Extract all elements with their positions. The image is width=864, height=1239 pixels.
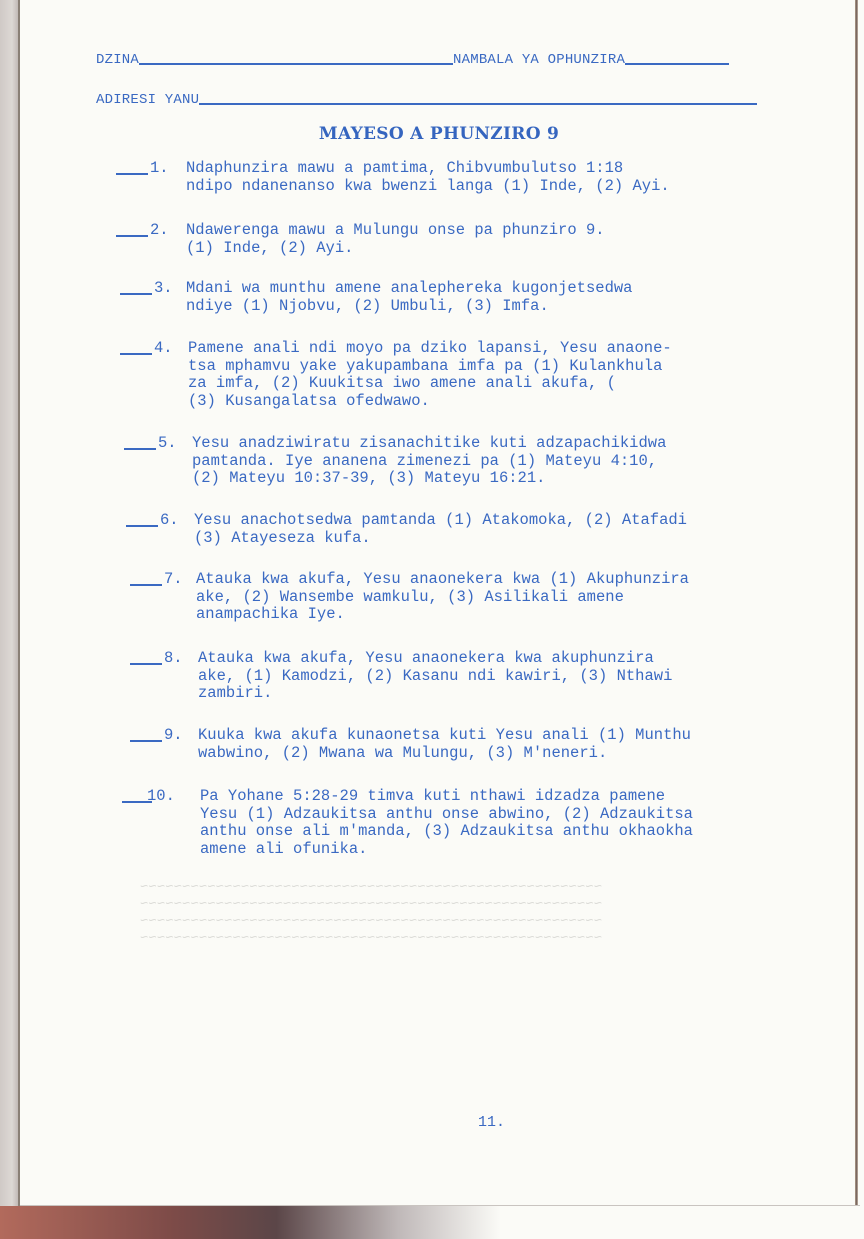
question-line: wabwino, (2) Mwana wa Mulungu, (3) M'nen… bbox=[198, 745, 691, 763]
question-line: Atauka kwa akufa, Yesu anaonekera kwa (1… bbox=[196, 571, 689, 589]
answer-blank[interactable] bbox=[124, 448, 156, 450]
question-text: Pa Yohane 5:28-29 timva kuti nthawi idza… bbox=[200, 788, 693, 858]
name-label: DZINA bbox=[96, 52, 139, 68]
question-number: 6. bbox=[160, 512, 179, 530]
question-line: (3) Atayeseza kufa. bbox=[194, 530, 687, 548]
question-line: (1) Inde, (2) Ayi. bbox=[186, 240, 605, 258]
question-text: Ndawerenga mawu a Mulungu onse pa phunzi… bbox=[186, 222, 605, 257]
answer-blank[interactable] bbox=[130, 663, 162, 665]
name-row: DZINANAMBALA YA OPHUNZIRA bbox=[96, 52, 729, 68]
answer-blank[interactable] bbox=[116, 235, 148, 237]
question-line: (2) Mateyu 10:37-39, (3) Mateyu 16:21. bbox=[192, 470, 666, 488]
question-line: Pamene anali ndi moyo pa dziko lapansi, … bbox=[188, 340, 672, 358]
question-text: Pamene anali ndi moyo pa dziko lapansi, … bbox=[188, 340, 672, 410]
question-number: 1. bbox=[150, 160, 169, 178]
question-text: Yesu anadziwiratu zisanachitike kuti adz… bbox=[192, 435, 666, 488]
question-line: Ndawerenga mawu a Mulungu onse pa phunzi… bbox=[186, 222, 605, 240]
scan-bottom-shadow bbox=[0, 1206, 864, 1239]
question-line: Yesu anachotsedwa pamtanda (1) Atakomoka… bbox=[194, 512, 687, 530]
student-number-field[interactable] bbox=[625, 63, 729, 65]
question-number: 10. bbox=[147, 788, 175, 806]
page-number: 11. bbox=[478, 1114, 505, 1131]
question-text: Yesu anachotsedwa pamtanda (1) Atakomoka… bbox=[194, 512, 687, 547]
question-number: 7. bbox=[164, 571, 183, 589]
answer-blank[interactable] bbox=[126, 525, 158, 527]
question-line: Ndaphunzira mawu a pamtima, Chibvumbulut… bbox=[186, 160, 670, 178]
question-line: anthu onse ali m'manda, (3) Adzaukitsa a… bbox=[200, 823, 693, 841]
worksheet-page: ~~~~~~~~~~~~~~~~~~~~~~~~~~~~~~~~~~~~~~~~… bbox=[20, 0, 858, 1205]
address-row: ADIRESI YANU bbox=[96, 92, 757, 108]
question-line: Mdani wa munthu amene analephereka kugon… bbox=[186, 280, 632, 298]
question-line: anampachika Iye. bbox=[196, 606, 689, 624]
question-line: zambiri. bbox=[198, 685, 672, 703]
answer-blank[interactable] bbox=[120, 293, 152, 295]
question-line: Yesu anadziwiratu zisanachitike kuti adz… bbox=[192, 435, 666, 453]
question-number: 4. bbox=[154, 340, 173, 358]
question-text: Atauka kwa akufa, Yesu anaonekera kwa ak… bbox=[198, 650, 672, 703]
address-field[interactable] bbox=[199, 103, 757, 105]
page-title: MAYESO A PHUNZIRO 9 bbox=[20, 124, 858, 144]
question-number: 5. bbox=[158, 435, 177, 453]
question-line: ake, (1) Kamodzi, (2) Kasanu ndi kawiri,… bbox=[198, 668, 672, 686]
question-line: za imfa, (2) Kuukitsa iwo amene anali ak… bbox=[188, 375, 672, 393]
question-number: 3. bbox=[154, 280, 173, 298]
question-text: Mdani wa munthu amene analephereka kugon… bbox=[186, 280, 632, 315]
question-line: amene ali ofunika. bbox=[200, 841, 693, 859]
answer-blank[interactable] bbox=[116, 173, 148, 175]
question-line: Atauka kwa akufa, Yesu anaonekera kwa ak… bbox=[198, 650, 672, 668]
answer-blank[interactable] bbox=[130, 740, 162, 742]
answer-blank[interactable] bbox=[120, 353, 152, 355]
question-number: 9. bbox=[164, 727, 183, 745]
question-line: Kuuka kwa akufa kunaonetsa kuti Yesu ana… bbox=[198, 727, 691, 745]
question-line: Pa Yohane 5:28-29 timva kuti nthawi idza… bbox=[200, 788, 693, 806]
book-spine bbox=[0, 0, 20, 1208]
student-number-label: NAMBALA YA OPHUNZIRA bbox=[453, 52, 625, 68]
question-text: Atauka kwa akufa, Yesu anaonekera kwa (1… bbox=[196, 571, 689, 624]
question-line: (3) Kusangalatsa ofedwawo. bbox=[188, 393, 672, 411]
question-text: Ndaphunzira mawu a pamtima, Chibvumbulut… bbox=[186, 160, 670, 195]
question-line: ndiye (1) Njobvu, (2) Umbuli, (3) Imfa. bbox=[186, 298, 632, 316]
question-number: 2. bbox=[150, 222, 169, 240]
question-line: ndipo ndanenanso kwa bwenzi langa (1) In… bbox=[186, 178, 670, 196]
bleed-through-texture: ~~~~~~~~~~~~~~~~~~~~~~~~~~~~~~~~~~~~~~~~… bbox=[140, 880, 602, 948]
address-label: ADIRESI YANU bbox=[96, 92, 199, 108]
name-field[interactable] bbox=[139, 63, 453, 65]
question-line: tsa mphamvu yake yakupambana imfa pa (1)… bbox=[188, 358, 672, 376]
question-text: Kuuka kwa akufa kunaonetsa kuti Yesu ana… bbox=[198, 727, 691, 762]
answer-blank[interactable] bbox=[130, 584, 162, 586]
question-line: pamtanda. Iye ananena zimenezi pa (1) Ma… bbox=[192, 453, 666, 471]
question-line: ake, (2) Wansembe wamkulu, (3) Asilikali… bbox=[196, 589, 689, 607]
question-line: Yesu (1) Adzaukitsa anthu onse abwino, (… bbox=[200, 806, 693, 824]
question-number: 8. bbox=[164, 650, 183, 668]
